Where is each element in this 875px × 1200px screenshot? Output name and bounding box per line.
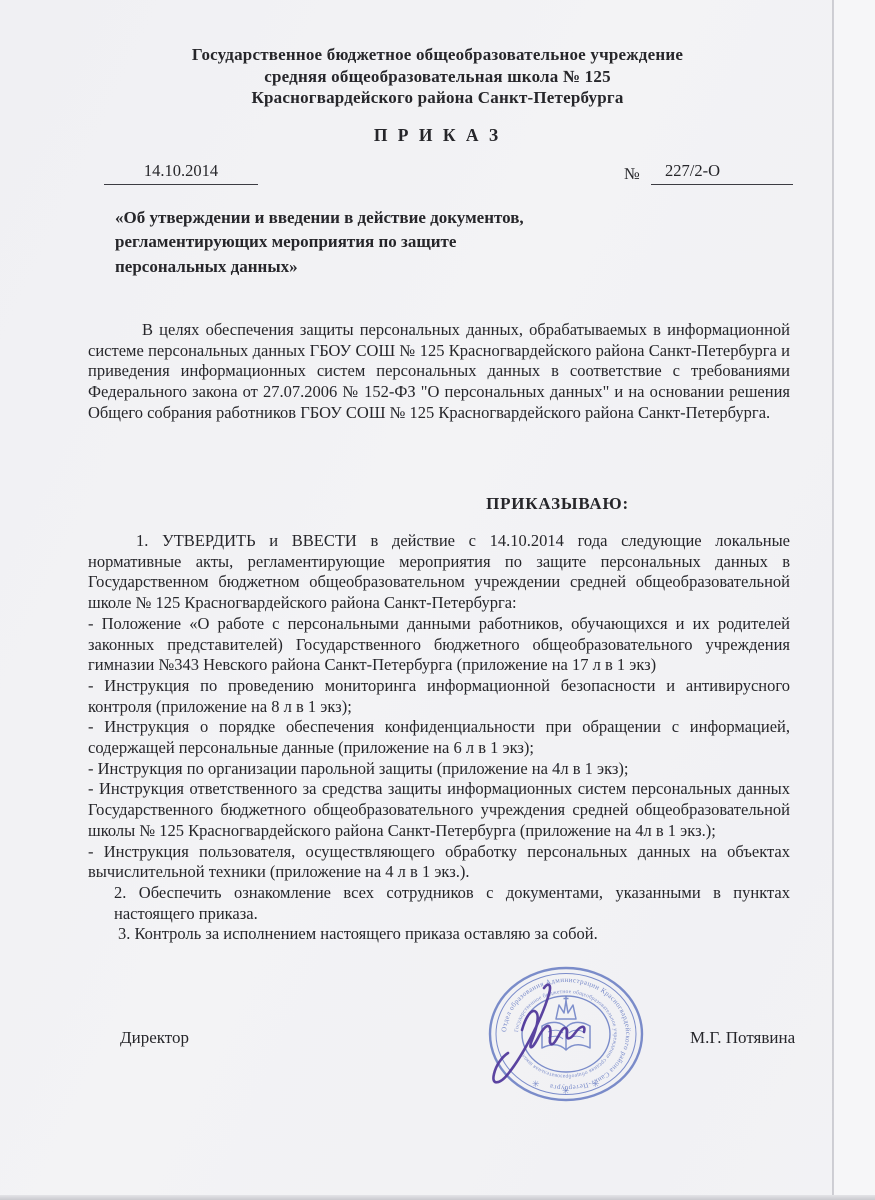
svg-text:✳: ✳	[562, 1087, 570, 1097]
bullet-item-user-instruction: - Инструкция пользователя, осуществляюще…	[88, 842, 790, 883]
bullet-item-password-instruction: - Инструкция по организации парольной за…	[88, 759, 790, 780]
bullet-item-regulation: - Положение «О работе с персональными да…	[88, 614, 790, 676]
bullet-item-responsible-instruction: - Инструкция ответственного за средства …	[88, 779, 790, 841]
stamp-emblem-crown-icon	[556, 1001, 576, 1019]
org-line-3: Красногвардейского района Санкт-Петербур…	[0, 87, 875, 109]
svg-text:✳: ✳	[592, 1080, 600, 1090]
order-heading: ПРИКАЗЫВАЮ:	[120, 494, 875, 514]
order-item-3: 3. Контроль за исполнением настоящего пр…	[88, 924, 790, 945]
scan-right-edge-line	[832, 0, 834, 1200]
svg-text:✳: ✳	[532, 1080, 540, 1090]
org-line-2: средняя общеобразовательная школа № 125	[0, 66, 875, 88]
order-items-list: 1. УТВЕРДИТЬ и ВВЕСТИ в действие с 14.10…	[88, 531, 790, 945]
order-subject: «Об утверждении и введении в действие до…	[115, 206, 675, 279]
scan-bottom-edge	[0, 1195, 875, 1200]
subject-line-2: регламентирующих мероприятия по защите	[115, 230, 675, 254]
scanned-order-document: Государственное бюджетное общеобразовате…	[0, 0, 875, 1200]
org-line-1: Государственное бюджетное общеобразовате…	[0, 44, 875, 66]
scan-right-band	[833, 0, 875, 1200]
order-item-2: 2. Обеспечить ознакомление всех сотрудни…	[88, 883, 790, 924]
bullet-item-confidentiality-instruction: - Инструкция о порядке обеспечения конфи…	[88, 717, 790, 758]
signature-name: М.Г. Потявина	[690, 1028, 795, 1048]
document-type-title: П Р И К А З	[0, 125, 875, 146]
subject-line-3: персональных данных»	[115, 255, 675, 279]
subject-line-1: «Об утверждении и введении в действие до…	[115, 206, 675, 230]
number-field: 227/2-О	[651, 161, 793, 185]
preamble-paragraph: В целях обеспечения защиты персональных …	[88, 320, 790, 424]
bullet-item-monitoring-instruction: - Инструкция по проведению мониторинга и…	[88, 676, 790, 717]
signature-position-label: Директор	[120, 1028, 189, 1048]
number-sign: №	[624, 164, 640, 184]
date-field: 14.10.2014	[104, 161, 258, 185]
order-item-1: 1. УТВЕРДИТЬ и ВВЕСТИ в действие с 14.10…	[88, 531, 790, 614]
official-stamp: Отдел образования Администрации Красногв…	[478, 962, 654, 1112]
organization-header: Государственное бюджетное общеобразовате…	[0, 44, 875, 109]
